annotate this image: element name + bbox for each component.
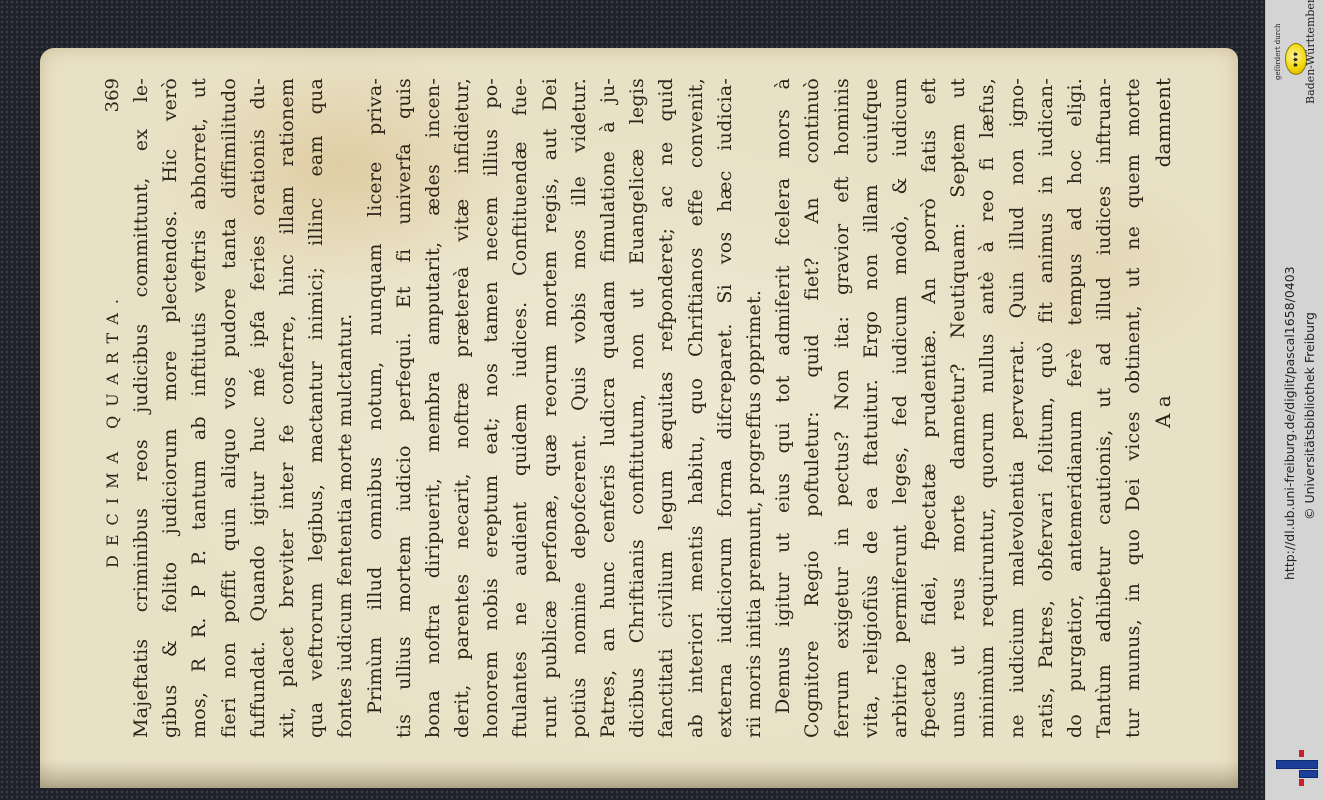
text-line: runt publicæ perfonæ, quæ reorum mortem …	[536, 78, 565, 738]
catchword: damnent	[1149, 78, 1178, 167]
text-line: dicibus Chriftianis conftitutum, non ut …	[623, 78, 652, 738]
logo-blue-bar-short	[1299, 770, 1318, 778]
book-page: DECIMA QUARTA. 369 Majeftatis criminibus…	[40, 48, 1238, 788]
text-line: tis ullius mortem iudicio perfequi. Et f…	[390, 78, 419, 738]
text-line: minimùm requiruntur, quorum nullus antè …	[973, 78, 1002, 738]
text-line: ab interiori mentis habitu, quo Chriftia…	[682, 78, 711, 738]
running-head-title: DECIMA QUARTA.	[98, 290, 127, 568]
text-line: bona noftra diripuerit, membra amputarit…	[419, 78, 448, 738]
text-line: arbitrio permiferunt leges, fed iudicum …	[886, 78, 915, 738]
text-line: Primùm illud omnibus notum, nunquam lice…	[361, 78, 390, 738]
text-line: fpectatæ fidei, fpectatæ prudentiæ. An p…	[915, 78, 944, 738]
text-line: Patres, an hunc cenferis ludicra quadam …	[594, 78, 623, 738]
logo-red-mark-bottom	[1299, 779, 1304, 786]
page-number: 369	[98, 78, 127, 112]
signature-line: A a damnent	[1149, 78, 1178, 738]
text-line: Majeftatis criminibus reos judicibus com…	[127, 78, 156, 738]
page-gutter-shadow	[40, 760, 1238, 788]
text-line: xit, placet breviter inter fe conferre, …	[273, 78, 302, 738]
text-line: qua veftrorum legibus, mactantur inimici…	[302, 78, 331, 738]
text-line: tur munus, in quo Dei vices obtinent, ut…	[1119, 78, 1148, 738]
text-line: Demus igitur ut eius qui tot admiferit f…	[769, 78, 798, 738]
text-line: mos, R R. P P. tantum ab inftitutis veft…	[185, 78, 214, 738]
text-line: rii moris initia premunt, progreffus opp…	[740, 78, 769, 738]
text-line: potiùs nomine depofcerent. Quis vobis mo…	[565, 78, 594, 738]
logo-red-mark-top	[1299, 750, 1304, 757]
text-line: fanctitati civilium legum æquitas refpon…	[652, 78, 681, 738]
text-line: derit, parentes necarit, noftræ prætereà…	[448, 78, 477, 738]
funder-name: Baden-Württemberg	[1304, 0, 1317, 104]
text-line: gibus & folito judiciorum more plectendo…	[156, 78, 185, 738]
text-lines: Majeftatis criminibus reos judicibus com…	[127, 78, 1149, 738]
coat-of-arms-glyph: ⚜⚜⚜	[1292, 51, 1299, 67]
running-head: DECIMA QUARTA. 369	[98, 78, 127, 738]
text-line: ne iudicium malevolentia perverrat. Quin…	[1003, 78, 1032, 738]
text-line: externa iudiciorum forma difcreparet. Si…	[711, 78, 740, 738]
permalink-url[interactable]: http://dl.ub.uni-freiburg.de/diglit/pasc…	[1282, 266, 1297, 580]
text-line: do purgatior, antemeridianum ferè tempus…	[1061, 78, 1090, 738]
text-line: Tantùm adhibetur cautionis, ut ad illud …	[1090, 78, 1119, 738]
page-text-block: DECIMA QUARTA. 369 Majeftatis criminibus…	[98, 78, 1178, 738]
text-line: unus ut reus morte damnetur? Neutiquam: …	[944, 78, 973, 738]
logo-blue-bar-long	[1276, 760, 1318, 769]
text-line: Cognitore Regio poftuletur: quid fiet? A…	[798, 78, 827, 738]
viewer-sidebar: gefördert durch ⚜⚜⚜ Baden-Württemberg ht…	[1265, 0, 1323, 800]
text-line: fontes iudicum fententia morte mulctantu…	[331, 78, 360, 738]
text-line: ratis, Patres, obfervari folitum, quò fi…	[1032, 78, 1061, 738]
text-line: fieri non poffit quin aliquo vos pudore …	[215, 78, 244, 738]
university-library-logo-icon[interactable]	[1276, 748, 1316, 788]
funded-by-label: gefördert durch	[1274, 23, 1282, 80]
text-line: ftulantes ne audient quidem iudices. Con…	[506, 78, 535, 738]
text-line: ferrum exigetur in pectus? Non ita: grav…	[828, 78, 857, 738]
text-line: fuffundat. Quando igitur huc mé ipfa fer…	[244, 78, 273, 738]
text-line: vita, religiofiùs de ea ftatuitur. Ergo …	[857, 78, 886, 738]
text-line: honorem nobis ereptum eat; nos tamen nec…	[477, 78, 506, 738]
copyright-notice: © Universitätsbibliothek Freiburg	[1302, 312, 1317, 520]
signature-mark: A a	[1149, 395, 1178, 428]
